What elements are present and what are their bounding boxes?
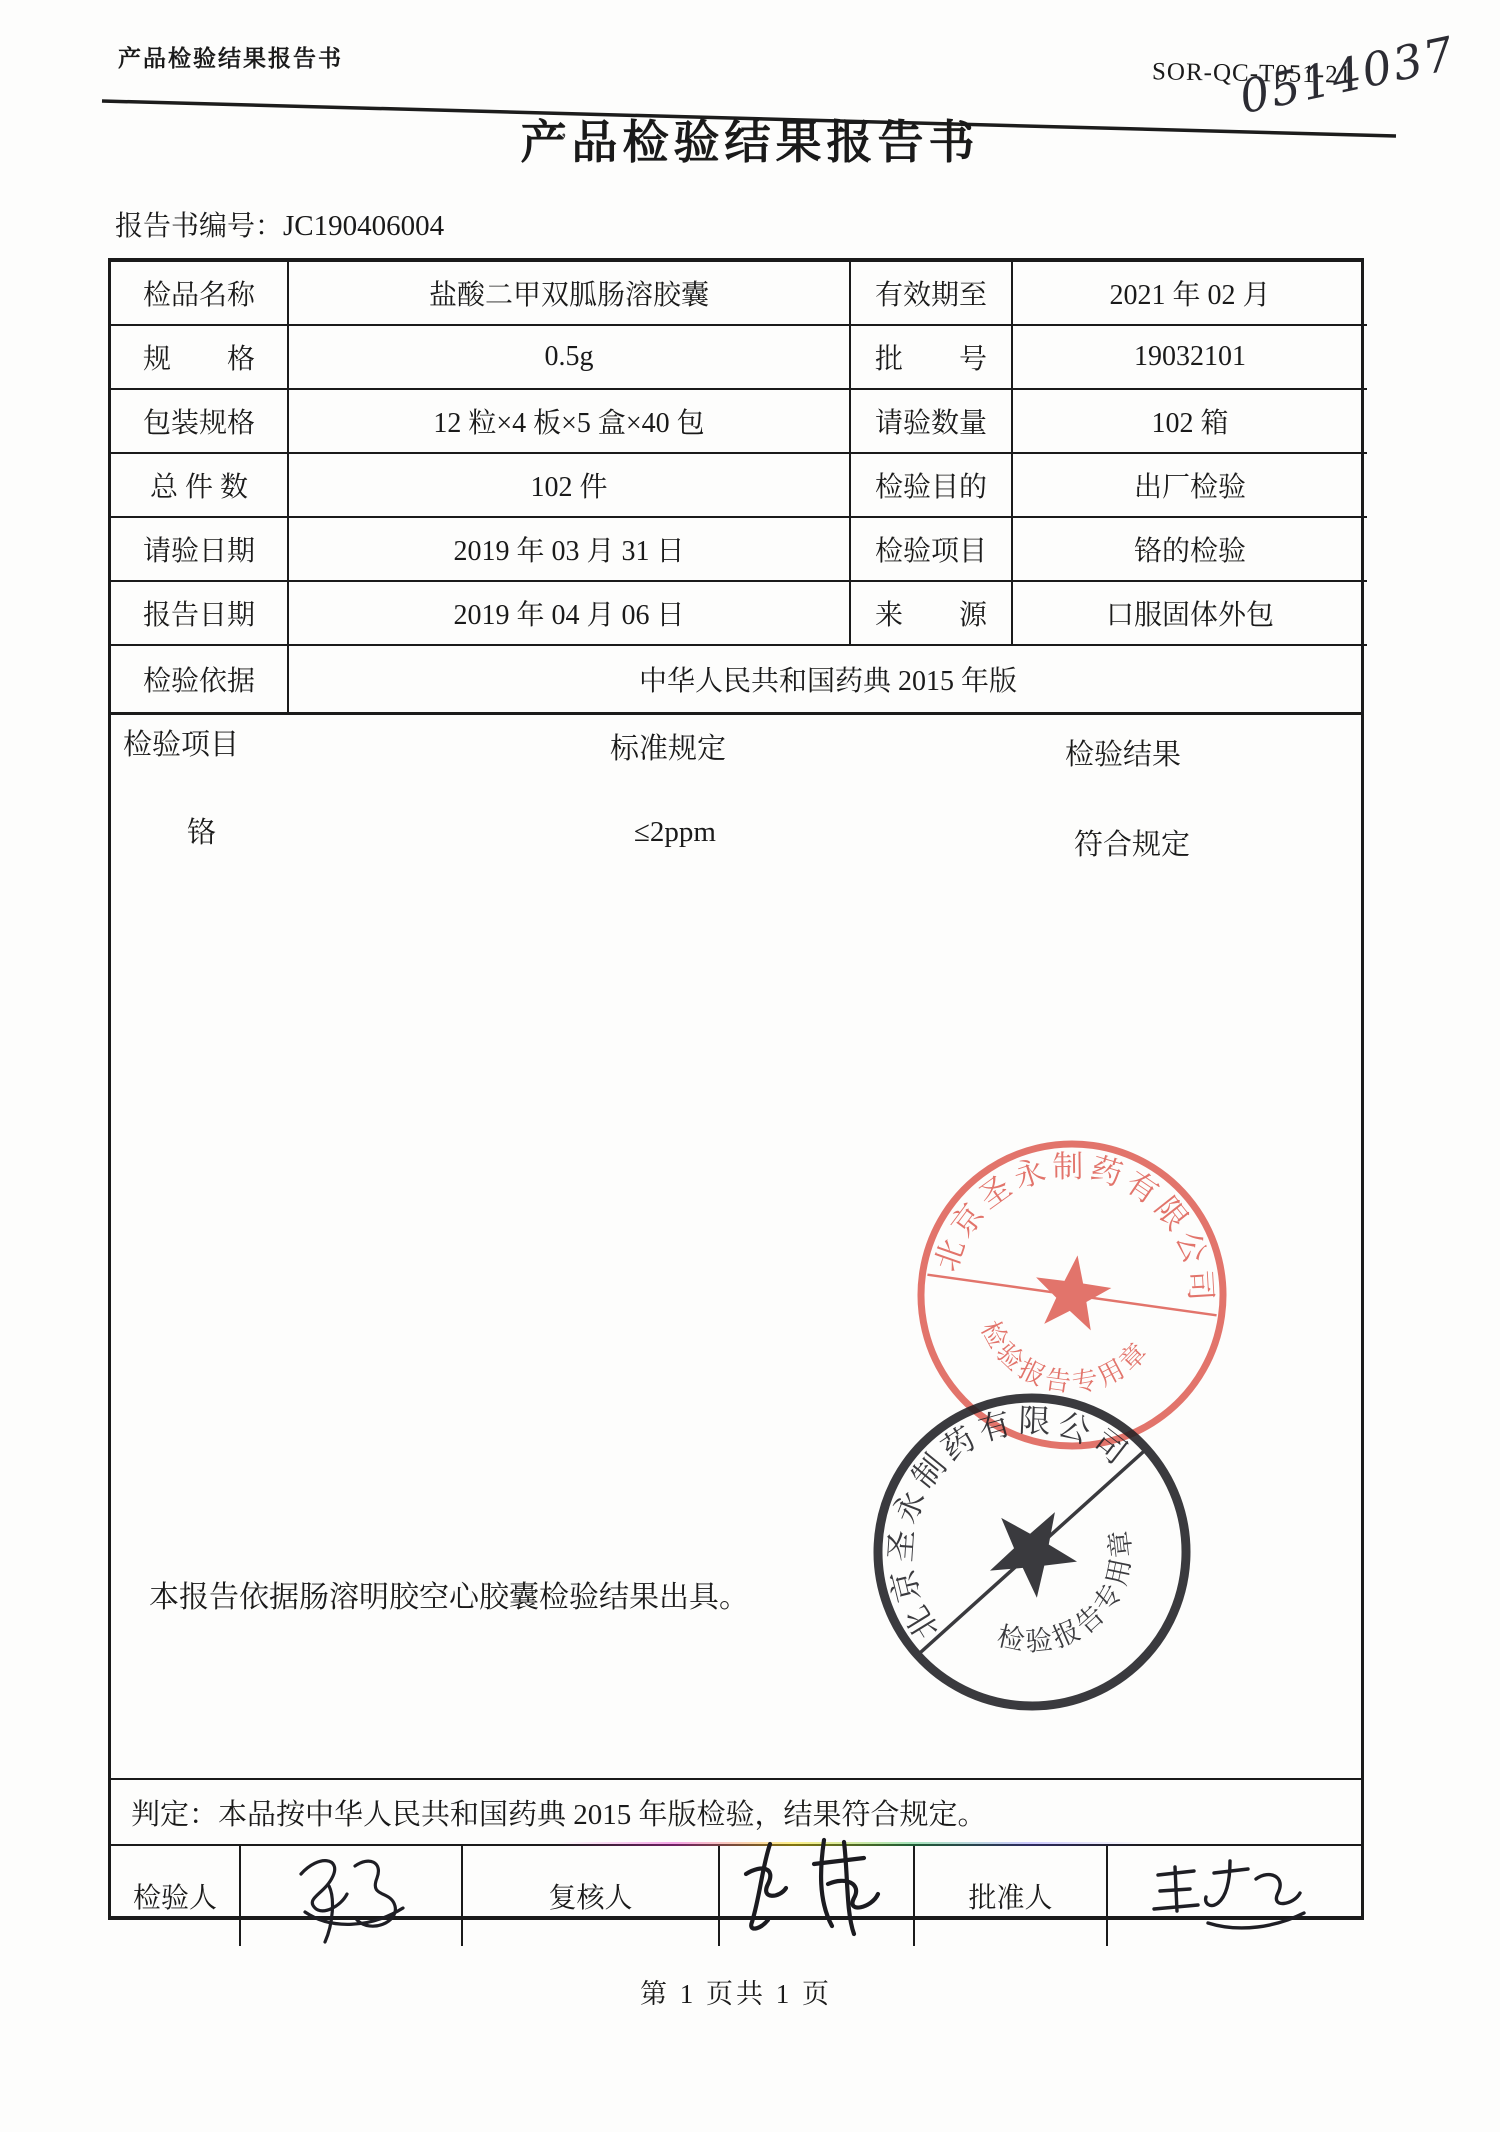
info-label: 包装规格 bbox=[111, 390, 289, 454]
report-number-line: 报告书编号：JC190406004 bbox=[115, 204, 444, 244]
reviewer-label: 复核人 bbox=[463, 1846, 720, 1946]
page-footer: 第 1 页共 1 页 bbox=[108, 1972, 1364, 2011]
info-value: 铬的检验 bbox=[1013, 518, 1367, 582]
info-label: 检验目的 bbox=[851, 454, 1013, 518]
info-value: 2019 年 03 月 31 日 bbox=[289, 518, 851, 582]
basis-label: 检验依据 bbox=[111, 646, 289, 712]
info-label: 批 号 bbox=[851, 326, 1013, 390]
inspector-label: 检验人 bbox=[111, 1846, 241, 1946]
scan-speck: ’ bbox=[560, 128, 567, 154]
result-standard: ≤2ppm bbox=[634, 816, 716, 849]
info-label: 规 格 bbox=[111, 326, 289, 390]
results-section: 检验项目 标准规定 检验结果 铬 ≤2ppm 符合规定 本报告依据肠溶明胶空心胶… bbox=[108, 706, 1364, 1780]
basis-value: 中华人民共和国药典 2015 年版 bbox=[289, 646, 1367, 712]
info-value: 盐酸二甲双胍肠溶胶囊 bbox=[289, 262, 851, 326]
info-value: 2021 年 02 月 bbox=[1013, 262, 1367, 326]
scanned-report-page: 产品检验结果报告书 SOR-QC-T051-21 0514037 产品检验结果报… bbox=[0, 0, 1500, 2132]
page-title: 产品检验结果报告书 bbox=[0, 106, 1500, 172]
info-value: 2019 年 04 月 06 日 bbox=[289, 582, 851, 646]
info-label: 请验数量 bbox=[851, 390, 1013, 454]
info-value: 12 粒×4 板×5 盒×40 包 bbox=[289, 390, 851, 454]
info-value: 口服固体外包 bbox=[1013, 582, 1367, 646]
info-value: 102 件 bbox=[289, 454, 851, 518]
judgement-text: 判定：本品按中华人民共和国药典 2015 年版检验，结果符合规定。 bbox=[131, 1792, 987, 1833]
document-header-left: 产品检验结果报告书 bbox=[118, 40, 343, 73]
results-col-item: 检验项目 bbox=[123, 722, 239, 763]
info-label: 检验项目 bbox=[851, 518, 1013, 582]
result-item: 铬 bbox=[187, 810, 216, 851]
result-value: 符合规定 bbox=[1074, 822, 1190, 863]
info-table: 检品名称 盐酸二甲双胍肠溶胶囊 有效期至 2021 年 02 月 规 格 0.5… bbox=[108, 258, 1364, 715]
info-label: 有效期至 bbox=[851, 262, 1013, 326]
info-label: 来 源 bbox=[851, 582, 1013, 646]
inspector-signature bbox=[241, 1846, 463, 1946]
info-label: 检品名称 bbox=[111, 262, 289, 326]
reviewer-signature bbox=[720, 1846, 915, 1946]
info-value: 102 箱 bbox=[1013, 390, 1367, 454]
report-number-value: JC190406004 bbox=[283, 210, 444, 242]
report-number-label: 报告书编号： bbox=[115, 211, 283, 242]
info-label: 请验日期 bbox=[111, 518, 289, 582]
results-col-result: 检验结果 bbox=[1065, 732, 1181, 773]
info-label: 总 件 数 bbox=[111, 454, 289, 518]
info-value: 0.5g bbox=[289, 326, 851, 390]
info-value: 19032101 bbox=[1013, 326, 1367, 390]
approver-signature bbox=[1108, 1846, 1367, 1946]
info-value: 出厂检验 bbox=[1013, 454, 1367, 518]
report-basis-note: 本报告依据肠溶明胶空心胶囊检验结果出具。 bbox=[149, 1572, 749, 1616]
signature-row: 检验人 复核人 bbox=[108, 1846, 1364, 1920]
info-label: 报告日期 bbox=[111, 582, 289, 646]
approver-label: 批准人 bbox=[915, 1846, 1108, 1946]
results-col-standard: 标准规定 bbox=[610, 726, 726, 767]
